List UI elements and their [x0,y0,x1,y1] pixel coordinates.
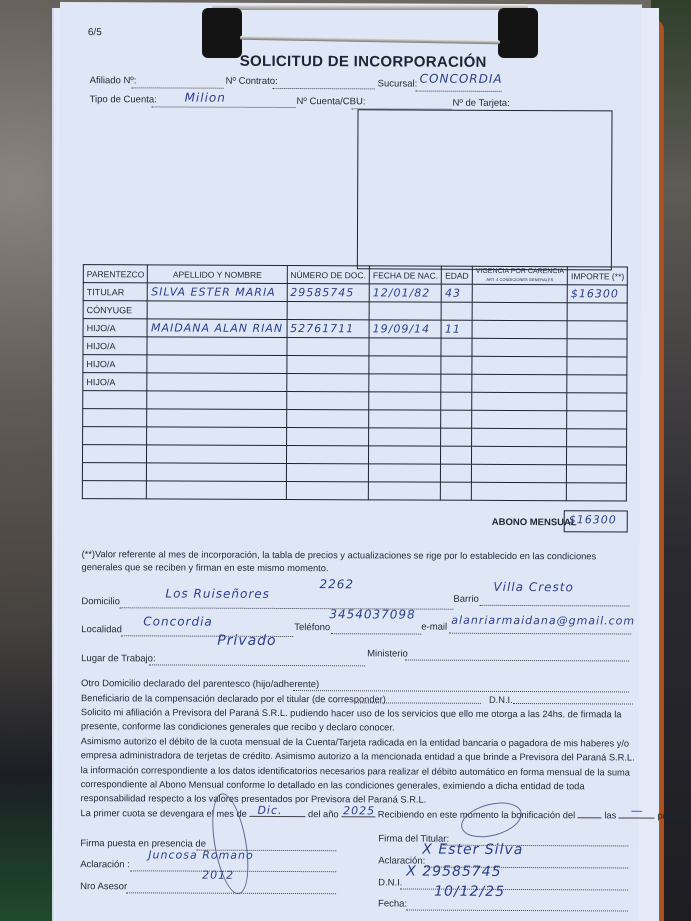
terms-paragraph-1: Solicito mi afiliación a Previsora del P… [81,705,636,736]
cell-nombre[interactable] [147,463,286,482]
cell-nombre[interactable] [147,481,286,500]
cell-edad[interactable] [441,302,472,320]
bonificacion-field[interactable] [578,817,602,818]
beneficiario-dni-label: D.N.I. [489,693,513,708]
dni-label: D.N.I. [378,877,402,888]
cell-parentezco [82,481,147,499]
cell-nombre[interactable] [147,427,286,446]
cell-edad[interactable] [441,446,472,464]
cell-doc[interactable]: 52761711 [287,319,370,337]
cell-vigencia[interactable] [472,338,567,356]
cell-nombre[interactable] [147,373,286,392]
cell-doc[interactable] [286,445,369,463]
cell-vigencia[interactable] [471,464,566,482]
cuota-mes-value: Dic. [257,804,282,819]
header-parentezco: PARENTEZCO [83,265,148,283]
table-row: HIJO/AMAIDANA ALAN RIAN5276171119/09/141… [83,319,627,339]
cell-fecha-nac[interactable] [369,302,441,320]
cell-parentezco: HIJO/A [83,373,148,391]
las-label: las [604,810,616,820]
cell-importe[interactable] [567,483,627,501]
cell-fecha-nac[interactable] [369,446,441,464]
cell-edad[interactable]: 43 [441,284,472,302]
beneficiario-dni-field[interactable] [513,703,633,705]
cell-doc[interactable] [286,355,369,373]
card-photo-box [357,109,613,270]
table-row: TITULARSILVA ESTER MARIA2958574512/01/82… [83,283,627,303]
cell-edad[interactable] [441,392,472,410]
header-importe: IMPORTE (**) [567,267,627,285]
domicilio-value: Los Ruiseñores [165,586,270,600]
cell-parentezco [82,445,147,463]
cell-doc[interactable] [286,373,369,391]
cell-importe[interactable] [567,375,627,393]
lugar-trabajo-field[interactable] [149,663,365,666]
cell-fecha-nac[interactable] [369,374,441,392]
cell-vigencia[interactable] [472,320,567,338]
abono-mensual-value: $16300 [569,513,617,526]
contrato-field[interactable] [273,87,375,89]
terms-paragraph-2: Asimismo autorizo el débito de la cuota … [80,734,635,808]
table-row: HIJO/A [83,355,627,375]
cell-importe[interactable] [567,321,627,339]
cell-parentezco [83,409,148,427]
table-row: HIJO/A [83,337,627,357]
cell-importe[interactable] [567,339,627,357]
cell-parentezco [83,391,148,409]
fecha-value: 10/12/25 [434,884,505,900]
asesor-label: Nro Asesor [80,881,127,892]
cuenta-cbu-label: Nº Cuenta/CBU: [297,96,366,107]
cuota-mes-field[interactable]: Dic. [249,816,305,817]
cell-doc[interactable]: 29585745 [287,283,370,301]
cell-nombre[interactable]: SILVA ESTER MARIA [148,283,287,302]
localidad-value: Concordia [143,614,213,628]
cell-nombre[interactable] [147,445,286,464]
cuota-year-field[interactable]: 2025 [341,816,375,817]
tarjeta-label: Nº de Tarjeta: [453,98,510,109]
asesor-field[interactable] [126,891,336,894]
cell-importe[interactable] [567,411,627,429]
beneficiario-label: Beneficiario de la compensación declarad… [81,693,386,704]
cell-edad[interactable] [441,356,472,374]
cuota-year-label: del año [308,809,339,819]
email-label: e-mail [421,622,447,633]
sucursal-field[interactable] [416,90,502,92]
cell-fecha-nac[interactable] [368,482,440,500]
domicilio-number: 2262 [319,577,354,591]
cell-fecha-nac[interactable] [369,392,441,410]
cell-vigencia[interactable] [472,392,567,410]
table-row [83,409,627,429]
cell-doc[interactable] [286,337,369,355]
cell-fecha-nac[interactable] [369,410,441,428]
cell-parentezco: TITULAR [83,283,148,301]
cell-parentezco: HIJO/A [83,337,148,355]
cell-parentezco: CÓNYUGE [83,301,148,319]
primeras-cuotas-label: primeras cuotas.– [657,810,691,820]
contrato-label: Nº Contrato: [226,76,278,87]
cell-parentezco: HIJO/A [83,355,148,373]
telefono-value: 3454037098 [329,607,415,621]
table-row [83,427,627,447]
sucursal-label: Sucursal: [378,78,418,89]
table-row [82,481,626,501]
telefono-label: Teléfono [294,622,330,633]
aclaracion-right-value: X Ester Silva [422,842,523,858]
cell-vigencia[interactable] [471,428,566,446]
cell-fecha-nac[interactable]: 12/01/82 [369,284,441,302]
cell-fecha-nac[interactable] [369,338,441,356]
telefono-field[interactable] [331,632,421,634]
cell-parentezco [83,427,148,445]
fecha-label: Fecha: [378,898,407,909]
barrio-label: Barrio [453,594,478,605]
las-field[interactable]: — [619,817,655,818]
cell-importe[interactable] [567,393,627,411]
cell-nombre[interactable]: MAIDANA ALAN RIAN [148,319,287,338]
domicilio-label: Domicilio [81,596,120,607]
price-note: (**)Valor referente al mes de incorporac… [82,548,632,576]
header-edad: EDAD [442,266,473,284]
cell-doc[interactable] [286,391,369,409]
cell-importe[interactable] [567,429,627,447]
cell-fecha-nac[interactable]: 19/09/14 [369,320,441,338]
cell-importe[interactable] [567,357,627,375]
form-page: 6/5 SOLICITUD DE INCORPORACIÓN Afiliado … [56,2,642,921]
otro-domicilio-label: Otro Domicilio declarado del parentesco … [81,678,319,690]
cell-doc[interactable] [287,301,370,319]
tipo-cuenta-label: Tipo de Cuenta: [90,94,157,105]
sucursal-value: CONCORDIA [420,72,503,86]
cell-fecha-nac[interactable] [369,464,441,482]
cell-edad[interactable] [441,410,472,428]
tipo-cuenta-value: Milion [185,91,226,105]
cell-vigencia[interactable] [471,482,566,500]
dni-value: X 29585745 [406,864,501,880]
cell-vigencia[interactable] [472,356,567,374]
cell-edad[interactable] [441,464,472,482]
cell-vigencia[interactable] [471,446,566,464]
cell-edad[interactable]: 11 [441,320,472,338]
cell-edad[interactable] [441,482,472,500]
table-row: CÓNYUGE [83,301,627,321]
barrio-value: Villa Cresto [493,580,573,594]
lugar-trabajo-value: Privado [217,633,276,649]
cell-vigencia[interactable] [472,410,567,428]
cell-edad[interactable] [441,374,472,392]
abono-mensual-field[interactable]: $16300 [564,510,628,532]
cell-doc[interactable] [286,463,369,481]
cell-nombre[interactable] [147,391,286,410]
family-table: PARENTEZCO APELLIDO Y NOMBRE NÚMERO DE D… [82,264,628,501]
ministerio-field[interactable] [405,659,629,662]
table-row: HIJO/A [83,373,627,393]
header-fecha-nac: FECHA DE NAC. [369,266,441,284]
cell-doc[interactable] [286,481,369,499]
las-value: — [631,803,644,817]
table-row [82,445,626,465]
cell-importe[interactable] [567,465,627,483]
email-field[interactable] [449,632,631,635]
background-left [0,0,60,921]
cell-importe[interactable] [567,303,627,321]
header-vigencia: VIGENCIA POR CARENCIA ART. 4 CONDICIONES… [472,266,567,284]
header-nombre: APELLIDO Y NOMBRE [148,265,287,284]
cell-doc[interactable] [286,427,369,445]
cell-fecha-nac[interactable] [369,428,441,446]
cell-edad[interactable] [441,338,472,356]
cell-nombre[interactable] [147,409,286,428]
ministerio-label: Ministerio [367,648,408,659]
cell-parentezco: HIJO/A [83,319,148,337]
cell-fecha-nac[interactable] [369,356,441,374]
cell-doc[interactable] [286,409,369,427]
afiliado-label: Afiliado Nº: [90,75,137,86]
cell-nombre[interactable] [147,355,286,374]
cuota-year-value: 2025 [343,804,375,819]
page-number: 6/5 [88,27,102,38]
terms-paragraph: Beneficiario de la compensación declarad… [80,691,636,822]
cell-nombre[interactable] [147,337,286,356]
afiliado-field[interactable] [132,86,224,88]
cell-parentezco [82,463,147,481]
fecha-field[interactable] [406,909,628,912]
table-row [82,463,626,483]
clipboard-clip [200,0,540,60]
header-doc: NÚMERO DE DOC. [287,265,370,283]
tipo-cuenta-field[interactable] [152,105,296,108]
cell-vigencia[interactable] [472,302,567,320]
cell-importe[interactable]: $16300 [567,285,627,303]
lugar-trabajo-label: Lugar de Trabajo: [81,653,156,664]
barrio-field[interactable] [479,604,629,607]
cell-importe[interactable] [567,447,627,465]
table-row [83,391,627,411]
localidad-label: Localidad [81,624,122,635]
cell-nombre[interactable] [148,301,287,320]
aclaracion-left-label: Aclaración : [80,859,130,870]
cell-edad[interactable] [441,428,472,446]
email-value: alanriarmaidana@gmail.com [451,614,635,628]
cell-vigencia[interactable] [472,374,567,392]
cell-vigencia[interactable] [472,284,567,302]
